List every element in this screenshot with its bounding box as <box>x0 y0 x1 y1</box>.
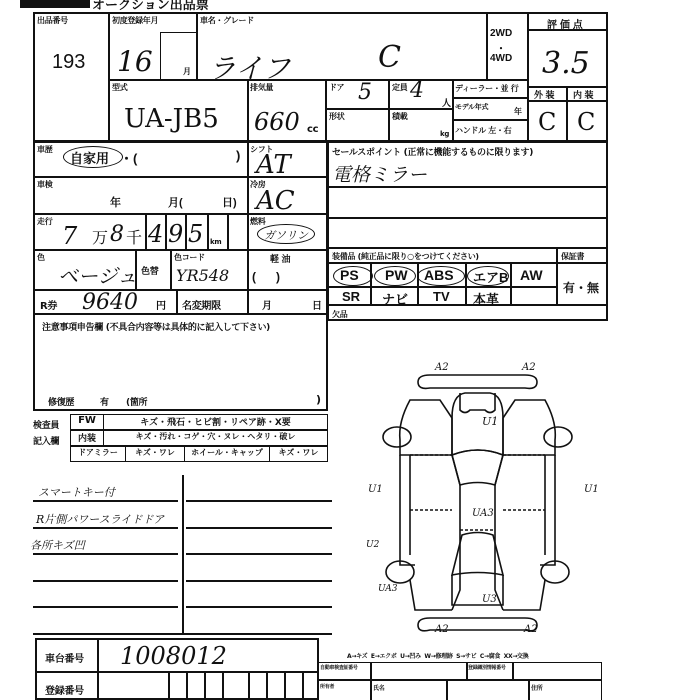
exterior-value: C <box>538 108 556 136</box>
repair-place: (箇所 <box>126 395 147 408</box>
note-line-2: R片側パワースライドドア <box>36 511 164 527</box>
inspector-label-2: 記入欄 <box>33 434 59 447</box>
color-code-value: YR548 <box>176 266 229 285</box>
address-label: 住所 <box>531 683 542 692</box>
mark-a2-rear-left: A2 <box>435 624 449 635</box>
recycle-label: R券 <box>40 297 57 312</box>
load-unit: kg <box>440 130 449 138</box>
inspection-day: 日) <box>222 194 237 210</box>
recycle-unit: 円 <box>156 297 166 312</box>
registration-label: 初度登録年月 <box>112 15 158 26</box>
notes-label: 注意事項申告欄 (不具合内容等は具体的に記入して下さい) <box>42 320 270 333</box>
light-oil-label: 軽 油 <box>270 252 290 265</box>
color-change-label: 色替 <box>141 264 158 277</box>
damage-legend: A→キズ E→エクボ U→凹み W→修理跡 S→サビ C→腐食 XX→交換 <box>347 651 528 660</box>
header-bar <box>20 0 90 8</box>
mark-u1-hood: U1 <box>482 415 498 428</box>
usage-label: 車歴 <box>37 144 52 155</box>
name-label: 氏名 <box>373 683 384 692</box>
inspection-month: 月( <box>168 194 183 210</box>
equipment-label: 装備品 (純正品に限り○をつけてください) <box>332 251 479 262</box>
inspection-year: 年 <box>110 194 121 210</box>
mirror-text: キズ・ワレ <box>125 446 185 462</box>
warranty-label: 保証書 <box>561 251 584 262</box>
mileage-ten-thousand: 7 <box>62 222 77 250</box>
inspector-label-1: 検査員 <box>33 418 59 431</box>
score-value: 3.5 <box>542 46 590 81</box>
repair-close: ) <box>316 393 321 406</box>
fuel-label: 燃料 <box>250 216 265 227</box>
equip-navi: ナビ <box>382 289 408 308</box>
reg-number-label: 登録番号 <box>45 682 84 697</box>
chassis-label: 車台番号 <box>45 650 84 665</box>
fuel-value: ガソリン <box>264 227 308 243</box>
model-year-label: モデル年式 <box>455 102 488 112</box>
mileage-d3: 5 <box>188 220 203 248</box>
sales-point-value: 電格ミラー <box>332 160 427 187</box>
handle-label: ハンドル 左・右 <box>455 125 511 136</box>
load-label: 積載 <box>392 111 407 122</box>
displacement-unit: cc <box>307 124 318 135</box>
mark-a2-rear-right: A2 <box>524 624 538 635</box>
equip-aw: AW <box>520 267 543 283</box>
cert-number-label: 自動車検査証番号 <box>320 664 358 671</box>
mark-u1-left: U1 <box>368 484 383 495</box>
equip-leather: 本革 <box>473 289 499 308</box>
model-value: UA-JB5 <box>124 104 219 134</box>
dealer-label: ディーラー・並 行 <box>455 83 518 94</box>
note-line-3: 各所キズ凹 <box>30 537 85 553</box>
name-change-month: 月 <box>262 297 272 312</box>
chassis-value: 1008012 <box>120 642 227 670</box>
color-label: 色 <box>37 252 45 263</box>
car-name: ライフ <box>208 47 290 87</box>
interior-text: キズ・汚れ・コゲ・穴・ヌレ・ヘタリ・破レ <box>103 430 328 446</box>
inspection-label: 車検 <box>37 179 52 190</box>
mirror-head: ドアミラー <box>70 446 126 462</box>
mark-ua3-roof: UA3 <box>472 508 494 519</box>
mark-a2-front-left: A2 <box>435 362 449 373</box>
mark-u2-left-rear: U2 <box>366 540 379 550</box>
mileage-man: 万 <box>92 225 108 248</box>
equip-tv: TV <box>433 289 450 304</box>
mileage-sen: 千 <box>126 225 142 248</box>
model-label: 型式 <box>112 82 127 93</box>
fw-text: キズ・飛石・ヒビ割・リペア跡・X要 <box>103 414 328 430</box>
equip-airbag-circle <box>467 266 509 286</box>
displacement-value: 660 <box>254 108 300 136</box>
interior-head: 内装 <box>70 430 104 446</box>
mileage-d1: 4 <box>148 220 163 248</box>
mark-a2-front-right: A2 <box>522 362 536 373</box>
reg-id-label: 登録識別情報番号 <box>468 664 506 671</box>
usage-close: ) <box>236 148 240 163</box>
sales-point-label: セールスポイント (正常に機能するものに限ります) <box>332 145 533 158</box>
light-oil-paren: ( ) <box>252 270 280 284</box>
exterior-label: 外 装 <box>534 88 554 101</box>
owner-label: 所有者 <box>320 683 334 690</box>
equip-ps-circle <box>333 266 373 286</box>
mark-u3-rear: U3 <box>482 594 497 605</box>
lot-label: 出品番号 <box>37 15 68 26</box>
shape-label: 形状 <box>329 111 344 122</box>
notes-divider <box>182 475 184 635</box>
color-code-label: 色コード <box>174 252 205 263</box>
repair-label: 修復歴 <box>48 395 74 408</box>
missing-label: 欠品 <box>332 309 347 320</box>
fw-head: FW <box>70 414 104 430</box>
doors-value: 5 <box>358 80 372 105</box>
model-year-unit: 年 <box>514 106 522 117</box>
capacity-label: 定員 <box>392 82 407 93</box>
color-value: ベージュ <box>58 260 137 289</box>
car-name-label: 車名・グレード <box>200 15 254 26</box>
usage-value: 自家用 <box>70 148 109 167</box>
recycle-value: 9640 <box>82 290 138 315</box>
note-line-1: スマートキー付 <box>38 484 115 500</box>
capacity-value: 4 <box>410 78 424 103</box>
interior-label: 内 装 <box>573 88 593 101</box>
mileage-d2: 9 <box>168 220 183 248</box>
mileage-thousand: 8 <box>110 222 124 247</box>
aircon-value: AC <box>256 186 295 216</box>
lot-number: 193 <box>52 51 85 74</box>
mark-ua3-left-wheel: UA3 <box>378 584 398 594</box>
equip-abs-circle <box>417 266 465 286</box>
name-change-label: 名変期限 <box>182 297 221 312</box>
drive-2wd: 2WD <box>490 28 512 39</box>
doors-label: ドア <box>329 82 344 93</box>
mark-u1-right: U1 <box>584 484 599 495</box>
interior-value: C <box>577 108 595 136</box>
wheel-text: キズ・ワレ <box>269 446 328 462</box>
wheel-head: ホイール・キャップ <box>184 446 270 462</box>
repair-value: 有 <box>100 395 109 408</box>
equip-pw-circle <box>374 266 416 286</box>
registration-year: 16 <box>117 45 153 78</box>
certificate-box <box>318 662 602 700</box>
drive-4wd: 4WD <box>490 53 512 64</box>
displacement-label: 排気量 <box>250 82 273 93</box>
warranty-value: 有・無 <box>563 279 599 296</box>
car-grade: C <box>378 40 401 75</box>
registration-month-label: 月 <box>183 66 191 77</box>
score-label: 評 価 点 <box>547 16 582 31</box>
name-change-day: 日 <box>312 297 322 312</box>
usage-suffix: ・( <box>120 148 137 167</box>
equip-sr: SR <box>342 289 360 304</box>
mileage-unit: km <box>210 238 221 246</box>
mileage-label: 走行 <box>37 216 52 227</box>
